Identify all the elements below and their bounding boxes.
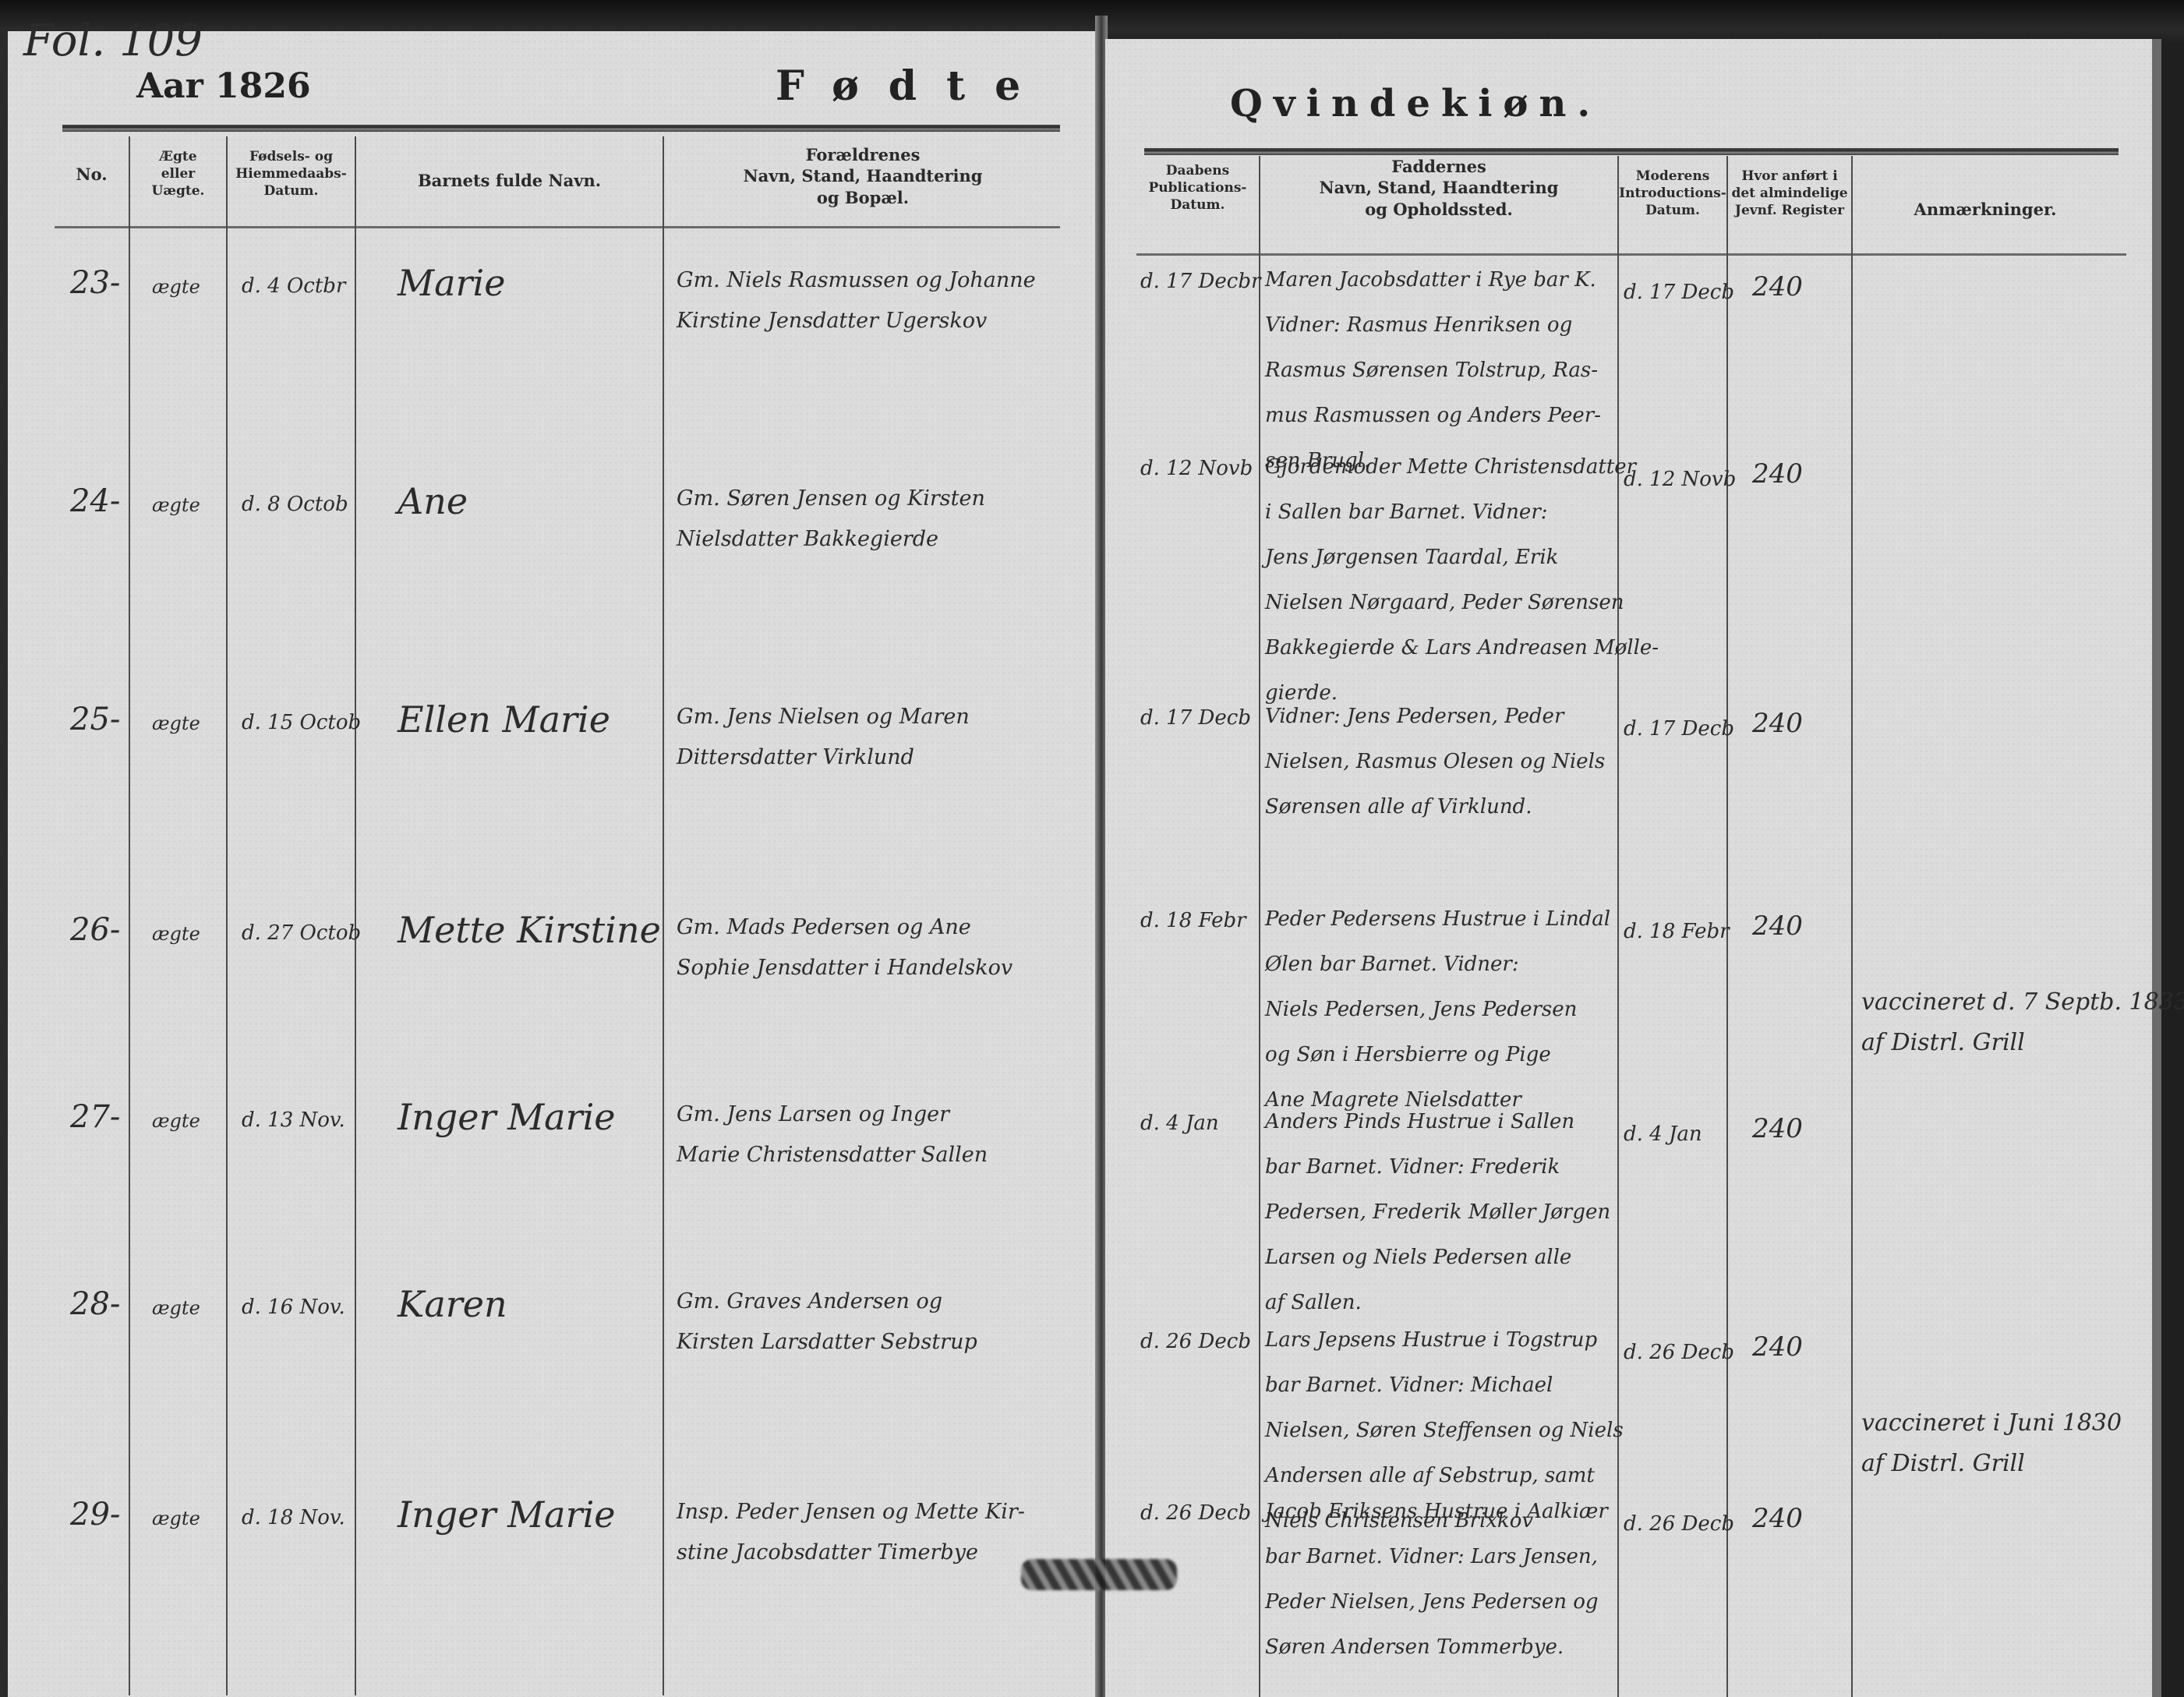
header-remarks: Anmærkninger.: [1853, 199, 2118, 220]
child-name: Ane: [398, 480, 468, 522]
entry-number: 28-: [70, 1286, 120, 1322]
legitimacy: ægte: [152, 1508, 200, 1529]
register-reference: 240: [1752, 458, 1803, 490]
child-name: Mette Kirstine: [398, 909, 661, 951]
birth-date: d. 15 Octob: [242, 711, 361, 734]
birth-date: d. 13 Nov.: [242, 1108, 345, 1132]
birth-date: d. 18 Nov.: [242, 1506, 345, 1529]
folio-number: Fol. 109: [23, 16, 203, 66]
child-name: Inger Marie: [398, 1096, 616, 1138]
header-top-rule: [62, 125, 1060, 132]
parents-names: Insp. Peder Jensen og Mette Kir-stine Ja…: [677, 1492, 1025, 1573]
parents-names: Gm. Graves Andersen ogKirsten Larsdatter…: [677, 1282, 977, 1363]
register-reference: 240: [1752, 271, 1803, 302]
parents-names: Gm. Jens Larsen og IngerMarie Christensd…: [677, 1094, 988, 1176]
mother-intro-date: d. 18 Febr: [1624, 920, 1730, 943]
header-mother-intro: Moderens Introductions- Datum.: [1619, 168, 1726, 219]
godparents-names: Vidner: Jens Pedersen, PederNielsen, Ras…: [1265, 694, 1605, 829]
year-heading: Aar 1826: [136, 66, 311, 106]
baptism-date: d. 12 Novb: [1140, 457, 1253, 480]
entry-number: 24-: [70, 483, 120, 519]
header-godparents: Faddernes Navn, Stand, Haandtering og Op…: [1260, 156, 1617, 220]
header-top-rule: [1144, 148, 2119, 155]
header-parents: Forældrenes Navn, Stand, Haandtering og …: [664, 144, 1062, 208]
baptism-date: d. 17 Decbr: [1140, 270, 1260, 293]
register-reference: 240: [1752, 1113, 1803, 1144]
legitimacy: ægte: [152, 276, 200, 298]
legitimacy: ægte: [152, 494, 200, 516]
parents-names: Gm. Niels Rasmussen og JohanneKirstine J…: [677, 260, 1036, 341]
header-child-name: Barnets fulde Navn.: [356, 170, 663, 191]
entry-number: 27-: [70, 1099, 120, 1135]
legitimacy: ægte: [152, 1110, 200, 1132]
header-baptism-date: Daabens Publications- Datum.: [1136, 162, 1259, 214]
baptism-date: d. 26 Decb: [1140, 1330, 1251, 1353]
column-divider: [129, 136, 130, 1695]
child-name: Karen: [398, 1283, 507, 1325]
column-divider: [226, 136, 228, 1695]
mother-intro-date: d. 26 Decb: [1624, 1341, 1734, 1364]
parents-names: Gm. Mads Pedersen og AneSophie Jensdatte…: [677, 907, 1012, 988]
godparents-names: Anders Pinds Hustrue i Sallenbar Barnet.…: [1265, 1099, 1610, 1325]
legitimacy: ægte: [152, 1297, 200, 1319]
parents-names: Gm. Jens Nielsen og MarenDittersdatter V…: [677, 697, 970, 778]
godparents-names: Gjordemoder Mette Christensdatteri Salle…: [1265, 444, 1659, 716]
mother-intro-date: d. 26 Decb: [1624, 1512, 1734, 1536]
parents-names: Gm. Søren Jensen og KirstenNielsdatter B…: [677, 479, 985, 560]
mother-intro-date: d. 17 Decb: [1624, 717, 1734, 741]
page-title-fodte: Fødte: [776, 62, 1050, 110]
header-register: Hvor anført i det almindelige Jevnf. Reg…: [1728, 168, 1851, 219]
header-legitimacy: Ægte eller Uægte.: [130, 148, 226, 200]
godparents-names: Peder Pedersens Hustrue i LindalØlen bar…: [1265, 896, 1610, 1122]
baptism-date: d. 18 Febr: [1140, 909, 1246, 932]
entry-number: 29-: [70, 1497, 120, 1533]
child-name: Marie: [398, 262, 505, 304]
register-reference: 240: [1752, 1503, 1803, 1534]
register-reference: 240: [1752, 1331, 1803, 1363]
legitimacy: ægte: [152, 712, 200, 734]
entry-number: 23-: [70, 265, 120, 301]
godparents-names: Jacob Eriksens Hustrue i Aalkiærbar Barn…: [1265, 1489, 1608, 1670]
header-no: No.: [55, 164, 129, 185]
birth-date: d. 4 Octbr: [242, 274, 345, 298]
baptism-date: d. 17 Decb: [1140, 706, 1251, 730]
left-page: Fol. 109 Aar 1826 Fødte No. Ægte eller U…: [0, 31, 1099, 1697]
header-birth-date: Fødsels- og Hiemmedaabs- Datum.: [228, 148, 355, 200]
child-name: Ellen Marie: [398, 698, 610, 741]
mother-intro-date: d. 17 Decb: [1624, 281, 1734, 304]
column-divider: [663, 136, 664, 1695]
entry-number: 26-: [70, 912, 120, 948]
remark: vaccineret i Juni 1830af Distrl. Grill: [1861, 1403, 2122, 1484]
header-bottom-rule: [55, 226, 1060, 228]
page-title-qvindekion: Qvindekiøn.: [1230, 82, 1601, 126]
column-divider: [1851, 156, 1853, 1697]
child-name: Inger Marie: [398, 1494, 616, 1536]
legitimacy: ægte: [152, 923, 200, 945]
register-reference: 240: [1752, 708, 1803, 739]
entry-number: 25-: [70, 702, 120, 737]
mother-intro-date: d. 4 Jan: [1624, 1122, 1702, 1146]
right-page: Qvindekiøn. Daabens Publications- Datum.…: [1105, 39, 2161, 1697]
ink-smudge: [1021, 1559, 1177, 1590]
remark: vaccineret d. 7 Septb. 1833af Distrl. Gr…: [1861, 982, 2184, 1063]
birth-date: d. 16 Nov.: [242, 1296, 345, 1319]
baptism-date: d. 4 Jan: [1140, 1112, 1219, 1135]
column-divider: [1259, 156, 1260, 1697]
birth-date: d. 27 Octob: [242, 921, 361, 945]
register-reference: 240: [1752, 910, 1803, 942]
birth-date: d. 8 Octob: [242, 493, 348, 516]
mother-intro-date: d. 12 Novb: [1624, 468, 1736, 491]
header-bottom-rule: [1136, 253, 2126, 256]
baptism-date: d. 26 Decb: [1140, 1501, 1251, 1525]
column-divider: [355, 136, 356, 1695]
